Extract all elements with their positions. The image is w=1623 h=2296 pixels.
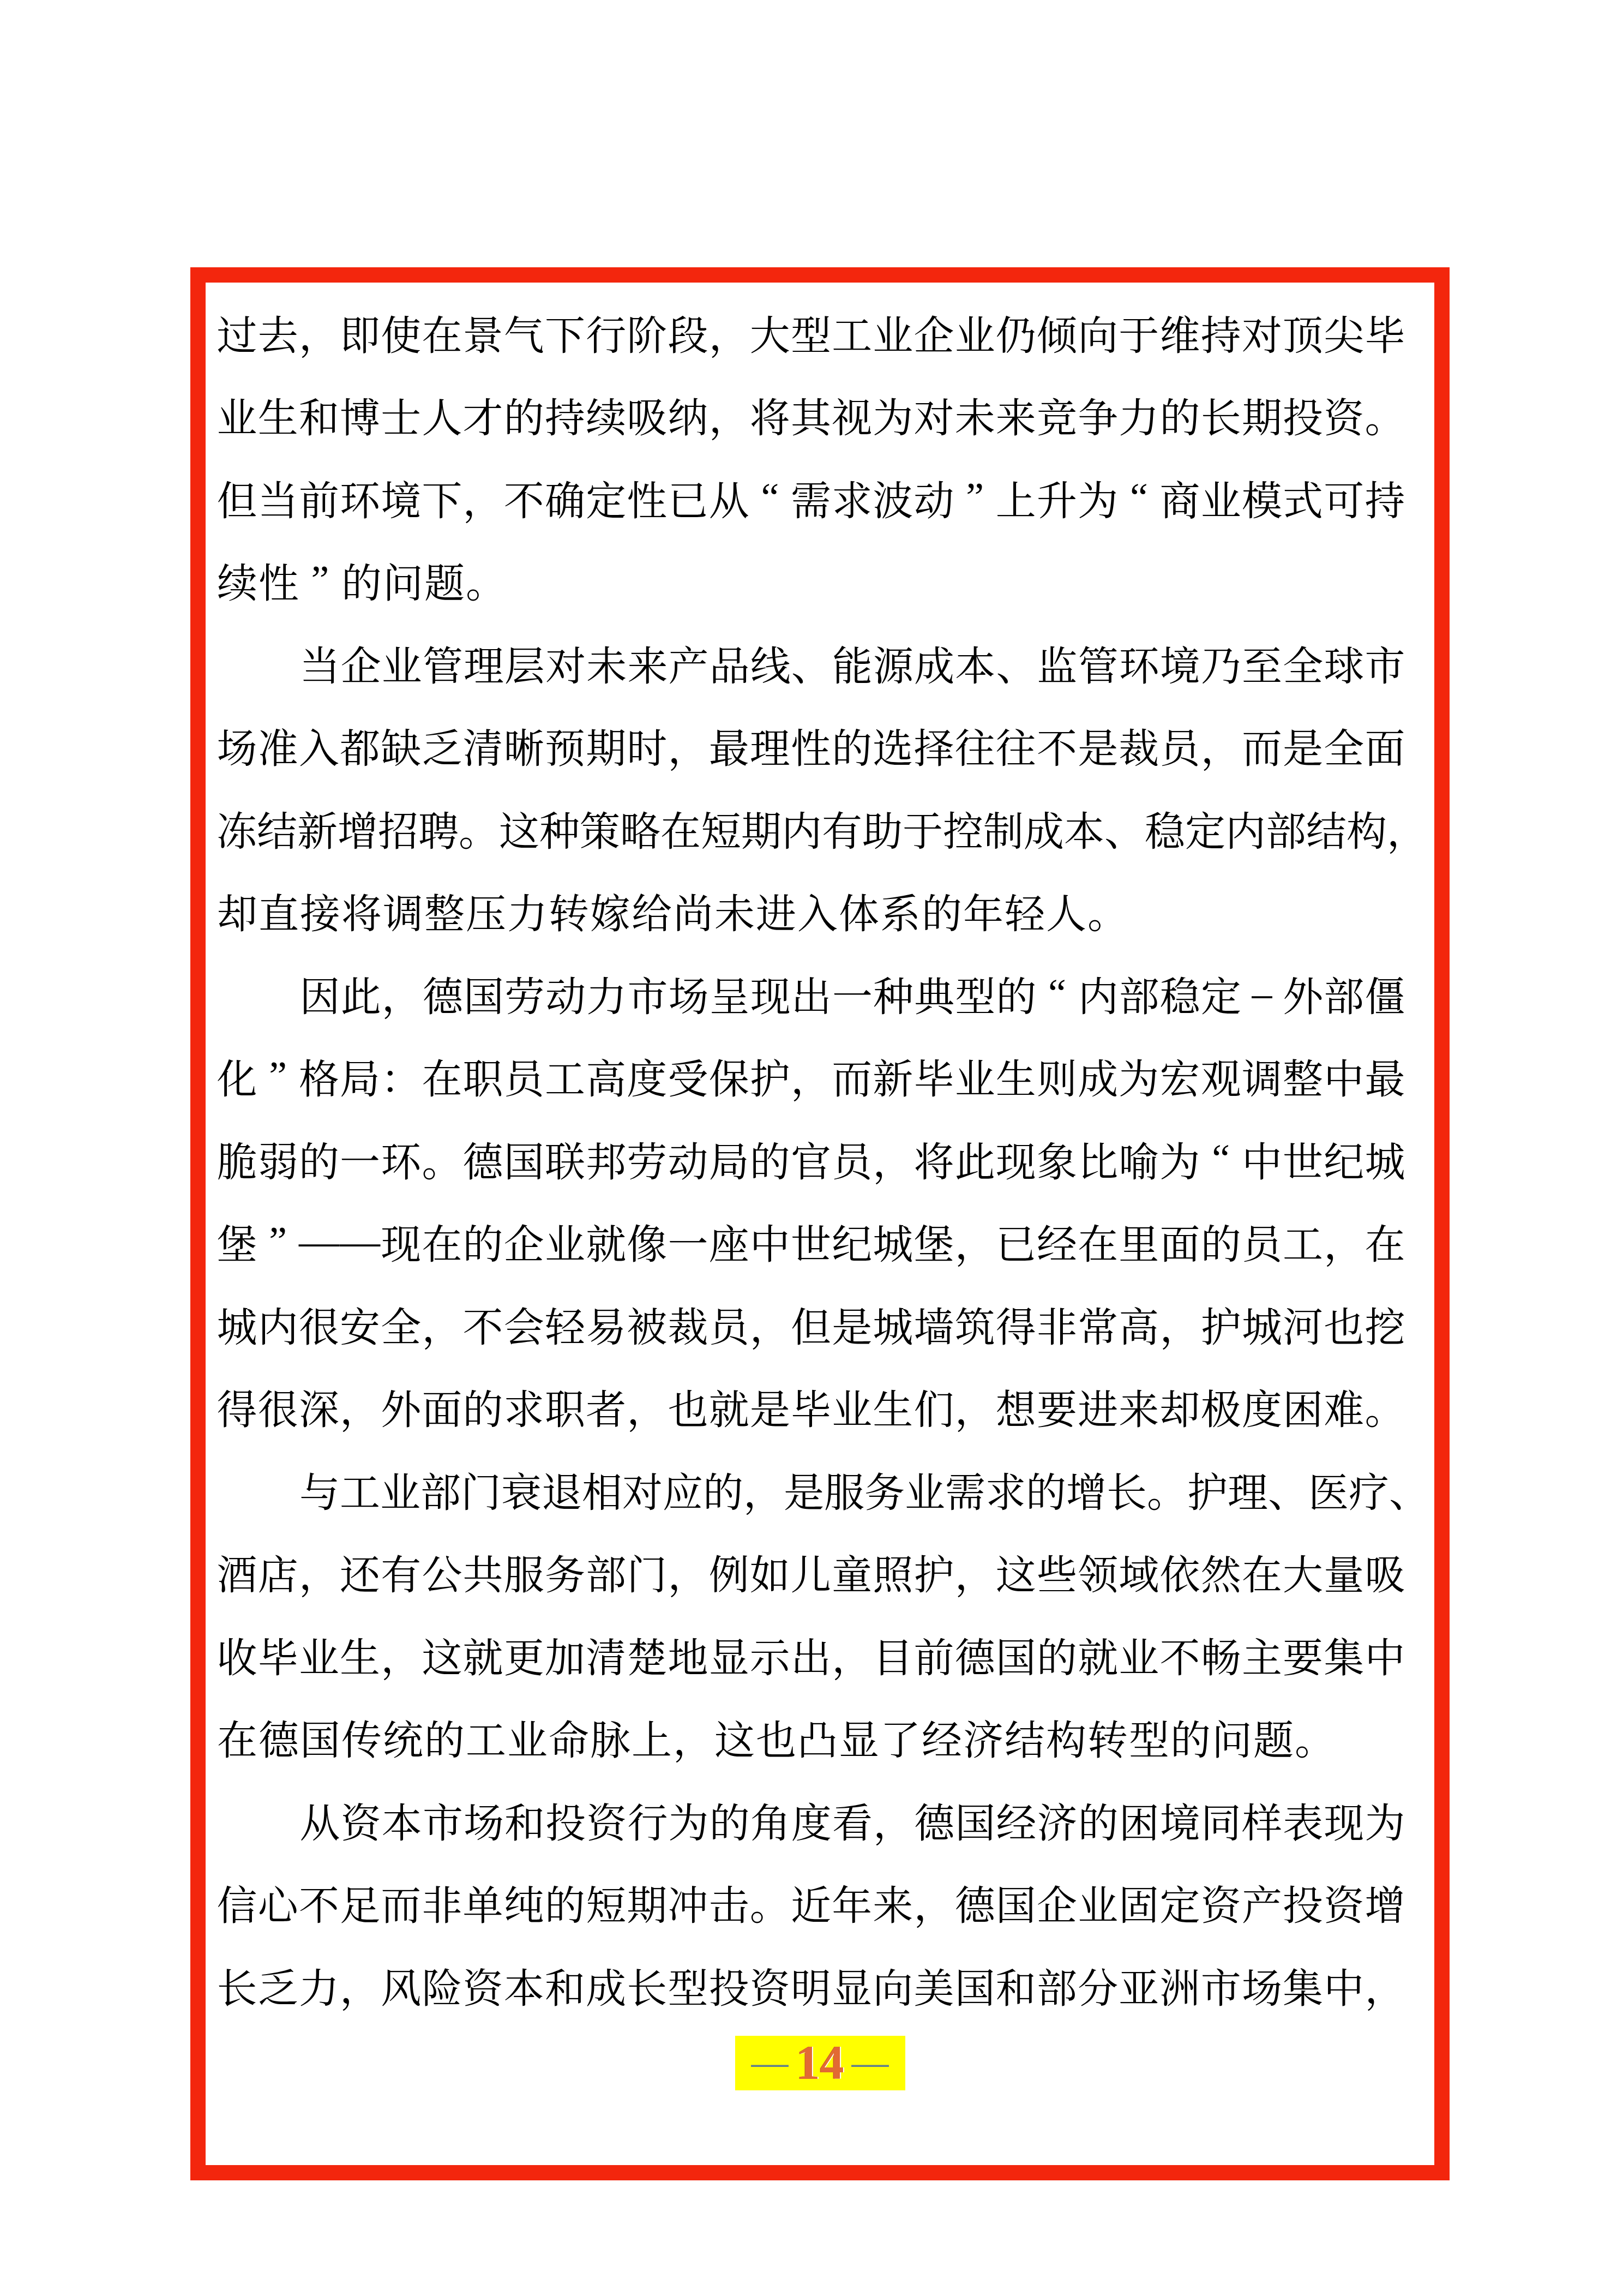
text-line: 当企业管理层对未来产品线、能源成本、监管环境乃至全球市 [217, 622, 1405, 705]
text-line: 过去，即使在景气下行阶段，大型工业企业仍倾向于维持对顶尖毕 [217, 291, 1405, 374]
text-line: 从资本市场和投资行为的角度看，德国经济的困境同样表现为 [217, 1779, 1405, 1862]
text-line: 续性”的问题。 [217, 539, 1405, 622]
page-number-left-dash: — [752, 2049, 789, 2077]
text-line: 冻结新增招聘。这种策略在短期内有助于控制成本、稳定内部结构， [217, 787, 1405, 870]
text-line: 脆弱的一环。德国联邦劳动局的官员，将此现象比喻为“中世纪城 [217, 1118, 1405, 1201]
text-line: 收毕业生，这就更加清楚地显示出，目前德国的就业不畅主要集中 [217, 1614, 1405, 1696]
page-number-right-dash: — [852, 2049, 889, 2077]
text-line: 因此，德国劳动力市场呈现出一种典型的“内部稳定–外部僵 [217, 952, 1405, 1035]
text-line: 场准入都缺乏清晰预期时，最理性的选择往往不是裁员，而是全面 [217, 705, 1405, 788]
text-line: 长乏力，风险资本和成长型投资明显向美国和部分亚洲市场集中， [217, 1944, 1405, 2027]
page-number-footer: — 14 — [735, 2036, 905, 2090]
text-line: 化”格局：在职员工高度受保护，而新毕业生则成为宏观调整中最 [217, 1035, 1405, 1118]
text-line: 城内很安全，不会轻易被裁员，但是城墙筑得非常高，护城河也挖 [217, 1283, 1405, 1366]
text-line: 酒店，还有公共服务部门，例如儿童照护，这些领域依然在大量吸 [217, 1531, 1405, 1614]
text-line: 与工业部门衰退相对应的，是服务业需求的增长。护理、医疗、 [217, 1448, 1405, 1531]
document-page: 过去，即使在景气下行阶段，大型工业企业仍倾向于维持对顶尖毕业生和博士人才的持续吸… [0, 0, 1623, 2296]
text-line: 堡”——现在的企业就像一座中世纪城堡，已经在里面的员工，在 [217, 1201, 1405, 1284]
text-line: 信心不足而非单纯的短期冲击。近年来，德国企业固定资产投资增 [217, 1862, 1405, 1945]
text-line: 得很深，外面的求职者，也就是毕业生们，想要进来却极度困难。 [217, 1366, 1405, 1449]
text-line: 但当前环境下，不确定性已从“需求波动”上升为“商业模式可持 [217, 457, 1405, 539]
text-line: 在德国传统的工业命脉上，这也凸显了经济结构转型的问题。 [217, 1696, 1405, 1779]
text-line: 业生和博士人才的持续吸纳，将其视为对未来竞争力的长期投资。 [217, 374, 1405, 457]
page-number: 14 [796, 2039, 844, 2087]
red-border-frame: 过去，即使在景气下行阶段，大型工业企业仍倾向于维持对顶尖毕业生和博士人才的持续吸… [190, 267, 1450, 2180]
text-body: 过去，即使在景气下行阶段，大型工业企业仍倾向于维持对顶尖毕业生和博士人才的持续吸… [217, 291, 1405, 2027]
text-line: 却直接将调整压力转嫁给尚未进入体系的年轻人。 [217, 870, 1405, 953]
